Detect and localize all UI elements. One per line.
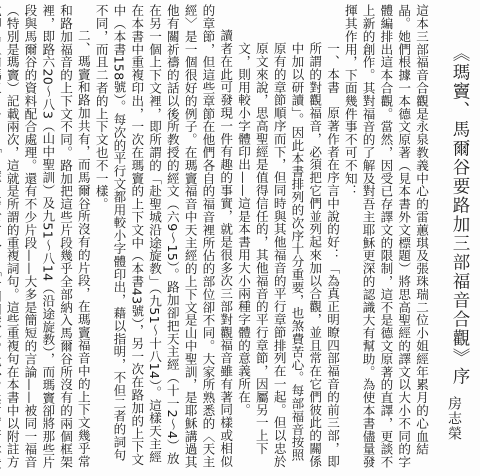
title-column: 《瑪竇、馬爾谷要路加三部福音合觀》序 房志榮	[446, 0, 474, 476]
paragraph-point-1-continued: 讀者在此可發現一件有趣的事實，就是很多次三部對觀福音雖有著同樣或相似的章節，但這…	[92, 4, 234, 474]
paragraph-point-2: 二、瑪竇和路加共有，而馬爾谷所沒有的片段，在瑪竇福音中的上下文幾乎常和路加福音的…	[0, 4, 92, 474]
preface-body: 這本三部福音合觀是永泉教義中心的雷蕙琪及張珠瑞二位小姐經年累月的心血結晶。她們根…	[0, 4, 430, 474]
preface-author: 房志榮	[444, 396, 464, 441]
preface-title: 《瑪竇、馬爾谷要路加三部福音合觀》序	[446, 44, 474, 386]
paragraph-point-1: 一、本書 原著作者在序言中說的好：「為真正明瞭四部福音的前三部，即所謂的對觀福音…	[234, 42, 341, 474]
book-page: 《瑪竇、馬爾谷要路加三部福音合觀》序 房志榮 這本三部福音合觀是永泉教義中心的雷…	[0, 0, 480, 476]
paragraph-intro: 這本三部福音合觀是永泉教義中心的雷蕙琪及張珠瑞二位小姐經年累月的心血結晶。她們根…	[341, 4, 430, 474]
